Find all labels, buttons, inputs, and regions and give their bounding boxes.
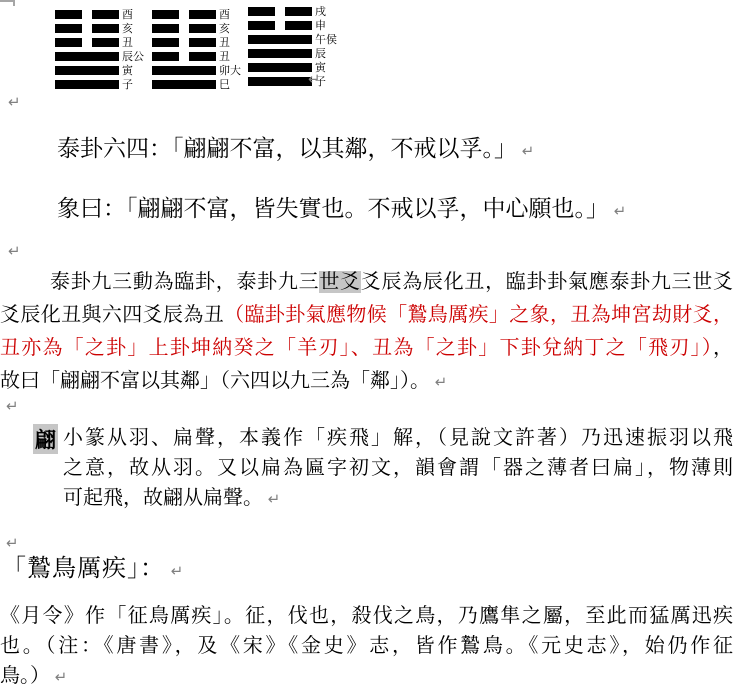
hexagram-figure-2[interactable]: 酉亥丑丑卯大巳 — [152, 10, 241, 94]
hexagram-line: 亥 — [152, 24, 241, 33]
text-run-normal: 鳥。） — [0, 665, 50, 687]
yang-line-bar — [248, 77, 312, 86]
yang-line-bar — [152, 66, 216, 75]
text-run-normal: 泰卦六四：「翩翩不富，以其鄰，不戒以孚。」 — [57, 136, 517, 161]
yin-line-segment — [285, 21, 312, 30]
hexagram-line: 酉 — [152, 10, 241, 19]
yin-line-segment — [92, 10, 119, 19]
yin-line-bar — [248, 7, 312, 16]
yang-line-bar — [55, 52, 119, 61]
yin-line-bar — [55, 24, 119, 33]
text-run-normal: 可起飛，故翩从扁聲。 — [63, 487, 263, 509]
yin-line-segment — [285, 7, 312, 16]
text-line: 「鷙鳥厲疾」： ↵ — [2, 556, 184, 584]
yin-line-segment — [189, 10, 216, 19]
yin-line-segment — [189, 38, 216, 47]
hexagram-line: 丑 — [152, 38, 241, 47]
hexagram-line: 子 — [248, 77, 337, 86]
yin-line-bar — [248, 21, 312, 30]
text-line: 可起飛，故翩从扁聲。 ↵ — [63, 483, 733, 514]
hexagram-figure-3[interactable]: 戌申午侯辰寅子 — [248, 7, 337, 91]
text-run-normal: 爻辰化丑與六四爻辰為丑 — [0, 304, 224, 326]
text-line: 也。（注：《唐書》，及《宋》《金史》志，皆作鷙鳥。《元史志》，始仍作征 — [0, 631, 733, 661]
hexagram-line: 丑 — [55, 38, 144, 47]
najia-branch-label: 亥 — [219, 24, 230, 34]
hexagram-line: 卯大 — [152, 66, 241, 75]
yin-line-segment — [92, 24, 119, 33]
yin-line-segment — [152, 38, 179, 47]
yin-line-bar — [55, 10, 119, 19]
najia-branch-label: 卯大 — [219, 66, 241, 76]
text-run-normal: 之意，故从羽。又以扁為匾字初文，韻會謂「器之薄者曰扁」，物薄則 — [63, 457, 733, 479]
document-page: 酉亥丑辰公寅子 酉亥丑丑卯大巳 戌申午侯辰寅子 ↵ ↵ 泰卦六四：「翩翩不富，以… — [0, 0, 733, 700]
yueling-paragraph: 《月令》作「征鳥厲疾」。征，伐也，殺伐之鳥，乃鷹隼之屬，至此而猛厲迅疾也。（注：… — [0, 601, 733, 692]
yin-line-segment — [189, 24, 216, 33]
yin-line-bar — [152, 38, 216, 47]
pilcrow-mark: ↵ — [6, 399, 19, 414]
definition-headword: 翩 — [33, 424, 58, 454]
pilcrow-mark: ↵ — [6, 536, 19, 551]
text-run-normal: 象曰：「翩翩不富，皆失實也。不戒以孚，中心願也。」 — [57, 196, 609, 221]
discussion-paragraph: 泰卦九三動為臨卦，泰卦九三世爻爻辰為辰化丑，臨卦卦氣應泰卦九三世爻爻辰化丑與六四… — [0, 266, 733, 399]
najia-branch-label: 酉 — [122, 10, 133, 20]
pilcrow-mark: ↵ — [308, 72, 321, 87]
pilcrow-mark: ↵ — [517, 142, 534, 160]
yang-line-bar — [248, 63, 312, 72]
text-run-normal: 小篆从羽、扁聲，本義作「疾飛」解，（見說文許著）乃迅速振羽以飛 — [63, 427, 733, 449]
hexagram-line: 酉 — [55, 10, 144, 19]
najia-branch-label: 亥 — [122, 24, 133, 34]
text-run-normal: 《月令》作「征鳥厲疾」。征，伐也，殺伐之鳥，乃鷹隼之屬，至此而猛厲迅疾 — [0, 605, 733, 627]
text-line: 泰卦六四：「翩翩不富，以其鄰，不戒以孚。」 ↵ — [57, 136, 534, 164]
text-run-red: 丑亦為「之卦」上卦坤納癸之「羊刃」、丑為「之卦」下卦兌納丁之「飛刃」） — [0, 337, 713, 359]
pilcrow-mark: ↵ — [8, 95, 21, 110]
quote-line-xiangzhuan: 象曰：「翩翩不富，皆失實也。不戒以孚，中心願也。」 ↵ — [57, 196, 626, 224]
yin-line-segment — [55, 24, 82, 33]
definition-body: 小篆从羽、扁聲，本義作「疾飛」解，（見說文許著）乃迅速振羽以飛之意，故从羽。又以… — [63, 423, 733, 514]
najia-branch-label: 巳 — [219, 80, 230, 90]
text-line: 小篆从羽、扁聲，本義作「疾飛」解，（見說文許著）乃迅速振羽以飛 — [63, 423, 733, 453]
pilcrow-mark: ↵ — [165, 562, 184, 580]
text-run-normal: 泰卦九三動為臨卦，泰卦九三 — [50, 271, 319, 293]
pilcrow-mark: ↵ — [609, 202, 626, 220]
yang-line-bar — [152, 80, 216, 89]
text-line: 之意，故从羽。又以扁為匾字初文，韻會謂「器之薄者曰扁」，物薄則 — [63, 453, 733, 483]
hexagram-line: 午侯 — [248, 35, 337, 44]
pilcrow-mark: ↵ — [263, 490, 280, 508]
yang-line-bar — [55, 66, 119, 75]
yin-line-bar — [152, 52, 216, 61]
najia-branch-label: 戌 — [315, 7, 326, 17]
text-run-normal: 故曰「翩翩不富以其鄰」（六四以九三為「鄰」）。 — [0, 370, 430, 392]
text-line: 丑亦為「之卦」上卦坤納癸之「羊刃」、丑為「之卦」下卦兌納丁之「飛刃」）， — [0, 332, 733, 365]
najia-branch-label: 子 — [122, 80, 133, 90]
yin-line-bar — [152, 10, 216, 19]
yin-line-segment — [248, 21, 275, 30]
najia-branch-label: 丑 — [219, 52, 230, 62]
yin-line-segment — [152, 10, 179, 19]
text-line: 鳥。） ↵ — [0, 661, 733, 692]
hexagram-line: 辰公 — [55, 52, 144, 61]
definition-paragraph: 翩 小篆从羽、扁聲，本義作「疾飛」解，（見說文許著）乃迅速振羽以飛之意，故从羽。… — [33, 423, 733, 514]
text-line: 象曰：「翩翩不富，皆失實也。不戒以孚，中心願也。」 ↵ — [57, 196, 626, 224]
hexagram-line: 丑 — [152, 52, 241, 61]
hexagram-line: 申 — [248, 21, 337, 30]
pilcrow-mark: ↵ — [50, 668, 67, 686]
yin-line-segment — [189, 52, 216, 61]
text-run-red: （臨卦卦氣應物候「鷙鳥厲疾」之象，丑為坤宮劫財爻， — [224, 304, 733, 326]
text-run-normal: 爻辰為辰化丑，臨卦卦氣應泰卦九三世爻 — [361, 271, 733, 293]
hexagram-line: 子 — [55, 80, 144, 89]
text-run-normal: 也。（注：《唐書》，及《宋》《金史》志，皆作鷙鳥。《元史志》，始仍作征 — [0, 635, 733, 657]
hexagram-line: 寅 — [55, 66, 144, 75]
najia-branch-label: 辰 — [315, 49, 326, 59]
pilcrow-mark: ↵ — [8, 244, 21, 259]
hexagram-line: 辰 — [248, 49, 337, 58]
yang-line-bar — [248, 49, 312, 58]
yang-line-bar — [55, 80, 119, 89]
text-line: 泰卦九三動為臨卦，泰卦九三世爻爻辰為辰化丑，臨卦卦氣應泰卦九三世爻 — [0, 266, 733, 299]
najia-branch-label: 辰公 — [122, 52, 144, 62]
quote-line-taigua-64: 泰卦六四：「翩翩不富，以其鄰，不戒以孚。」 ↵ — [57, 136, 534, 164]
hexagram-line: 戌 — [248, 7, 337, 16]
najia-branch-label: 午侯 — [315, 35, 337, 45]
yin-line-segment — [92, 38, 119, 47]
yin-line-segment — [55, 10, 82, 19]
text-line: 爻辰化丑與六四爻辰為丑（臨卦卦氣應物候「鷙鳥厲疾」之象，丑為坤宮劫財爻， — [0, 299, 733, 332]
najia-branch-label: 丑 — [219, 38, 230, 48]
text-line: 《月令》作「征鳥厲疾」。征，伐也，殺伐之鳥，乃鷹隼之屬，至此而猛厲迅疾 — [0, 601, 733, 631]
yang-line-bar — [248, 35, 312, 44]
yin-line-segment — [248, 7, 275, 16]
section-heading: 「鷙鳥厲疾」： ↵ — [2, 556, 184, 584]
hexagram-line: 寅 — [248, 63, 337, 72]
text-run-highlight: 世爻 — [319, 271, 360, 293]
text-line: 故曰「翩翩不富以其鄰」（六四以九三為「鄰」）。 ↵ — [0, 365, 733, 399]
yin-line-bar — [152, 24, 216, 33]
najia-branch-label: 酉 — [219, 10, 230, 20]
hexagram-line: 亥 — [55, 24, 144, 33]
hexagram-line: 巳 — [152, 80, 241, 89]
yin-line-bar — [55, 38, 119, 47]
yin-line-segment — [55, 38, 82, 47]
pilcrow-mark: ↵ — [430, 373, 447, 391]
text-run-normal: ， — [713, 337, 733, 359]
najia-branch-label: 申 — [315, 21, 326, 31]
najia-branch-label: 丑 — [122, 38, 133, 48]
yin-line-segment — [152, 24, 179, 33]
text-run-normal: 「鷙鳥厲疾」： — [2, 556, 165, 582]
yin-line-segment — [152, 52, 179, 61]
najia-branch-label: 寅 — [122, 66, 133, 76]
corner-anchor-mark — [0, 0, 15, 6]
hexagram-figure-1[interactable]: 酉亥丑辰公寅子 — [55, 10, 144, 94]
